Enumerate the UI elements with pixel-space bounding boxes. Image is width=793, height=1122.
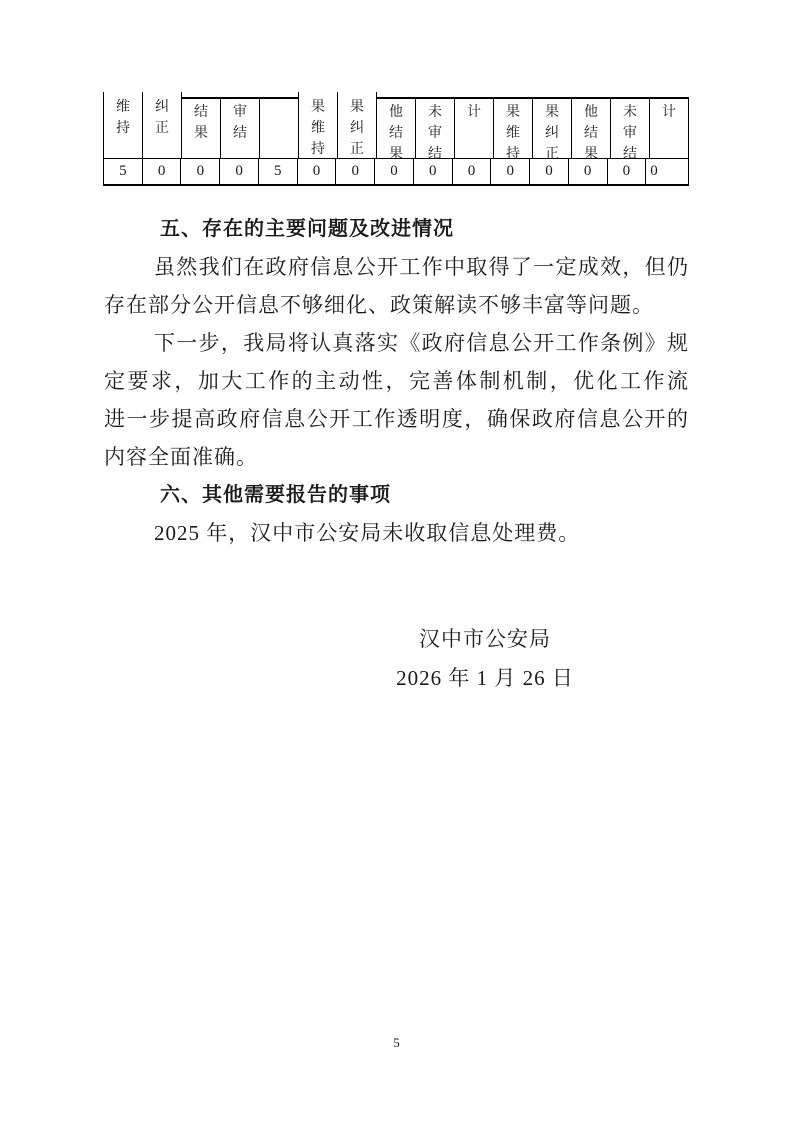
- table-header-cell: 他结果: [377, 97, 416, 158]
- table-value-cell: 0: [646, 159, 689, 184]
- section-6-paragraph-1: 2025 年，汉中市公安局未收取信息处理费。: [104, 514, 689, 552]
- table-header-cell: 他结果: [572, 97, 611, 158]
- table-value-row: 500050000000000: [103, 158, 689, 186]
- table-header-text: [272, 102, 286, 158]
- table-header-cell: 计: [455, 97, 494, 158]
- table-header-row: 维持纠正结果审结果维持果纠正他结果未审结计果维持果纠正他结果未审结计: [103, 92, 689, 158]
- table-value-cell: 0: [569, 159, 608, 184]
- table-header-text: 结果: [194, 102, 208, 158]
- section-5-paragraph-2: 下一步，我局将认真落实《政府信息公开工作条例》规定要求，加大工作的主动性，完善体…: [104, 324, 689, 476]
- table-header-cell: 果纠正: [338, 92, 377, 158]
- table-header-cell: 维持: [103, 92, 143, 158]
- document-page: 维持纠正结果审结果维持果纠正他结果未审结计果维持果纠正他结果未审结计 50005…: [0, 0, 793, 1122]
- table-header-cell: 纠正: [143, 92, 182, 158]
- paragraph-line: 定要求，加大工作的主动性，完善体制机制，优化工作流程，: [104, 362, 689, 400]
- table-header-text: 审结: [233, 102, 247, 158]
- signature-date: 2026 年 1 月 26 日: [290, 659, 680, 698]
- table-header-text: 维持: [116, 97, 130, 158]
- table-value-cell: 0: [491, 159, 530, 184]
- signature-block: 汉中市公安局 2026 年 1 月 26 日: [290, 620, 680, 698]
- paragraph-line: 内容全面准确。: [104, 438, 689, 476]
- table-header-cell: [260, 97, 298, 158]
- paragraph-line: 下一步，我局将认真落实《政府信息公开工作条例》规: [104, 324, 689, 362]
- table-header-text: 果维持: [506, 102, 520, 158]
- table-header-cell: 审结: [221, 97, 260, 158]
- table-header-text: 计: [467, 102, 481, 158]
- paragraph-line: 存在部分公开信息不够细化、政策解读不够丰富等问题。: [104, 286, 689, 324]
- table-header-cell: 果维持: [298, 92, 338, 158]
- signature-organization: 汉中市公安局: [290, 620, 680, 659]
- table-value-cell: 0: [608, 159, 647, 184]
- section-5-paragraph-1: 虽然我们在政府信息公开工作中取得了一定成效，但仍存在部分公开信息不够细化、政策解…: [104, 248, 689, 324]
- table-value-cell: 0: [336, 159, 375, 184]
- table-header-cell: 未审结: [611, 97, 650, 158]
- table-header-text: 纠正: [155, 97, 169, 158]
- table-header-text: 他结果: [389, 102, 403, 158]
- table-header-cell: 未审结: [416, 97, 455, 158]
- table-value-cell: 0: [181, 159, 220, 184]
- table-header-text: 他结果: [584, 102, 598, 158]
- table-header-text: 果维持: [311, 97, 325, 158]
- paragraph-line: 虽然我们在政府信息公开工作中取得了一定成效，但仍: [104, 248, 689, 286]
- table-value-cell: 0: [220, 159, 259, 184]
- table-value-cell: 0: [143, 159, 182, 184]
- section-5-heading: 五、存在的主要问题及改进情况: [104, 210, 689, 248]
- statistics-table: 维持纠正结果审结果维持果纠正他结果未审结计果维持果纠正他结果未审结计 50005…: [103, 92, 689, 186]
- document-body: 五、存在的主要问题及改进情况 虽然我们在政府信息公开工作中取得了一定成效，但仍存…: [104, 210, 689, 552]
- table-value-cell: 0: [453, 159, 492, 184]
- table-header-text: 果纠正: [350, 97, 364, 158]
- table-value-cell: 0: [375, 159, 414, 184]
- table-value-cell: 0: [530, 159, 569, 184]
- paragraph-line: 进一步提高政府信息公开工作透明度，确保政府信息公开的: [104, 400, 689, 438]
- table-header-text: 计: [662, 102, 676, 158]
- table-value-cell: 5: [104, 159, 143, 184]
- table-header-text: 未审结: [428, 102, 442, 158]
- table-header-cell: 计: [650, 97, 689, 158]
- table-value-cell: 0: [414, 159, 453, 184]
- table-header-cell: 果纠正: [533, 97, 572, 158]
- section-6-heading: 六、其他需要报告的事项: [104, 476, 689, 514]
- page-number: 5: [0, 1035, 793, 1051]
- table-header-cell: 结果: [182, 97, 221, 158]
- table-header-text: 未审结: [623, 102, 637, 158]
- table-header-text: 果纠正: [545, 102, 559, 158]
- table-header-cell: 果维持: [494, 97, 533, 158]
- table-value-cell: 0: [298, 159, 337, 184]
- table-value-cell: 5: [259, 159, 298, 184]
